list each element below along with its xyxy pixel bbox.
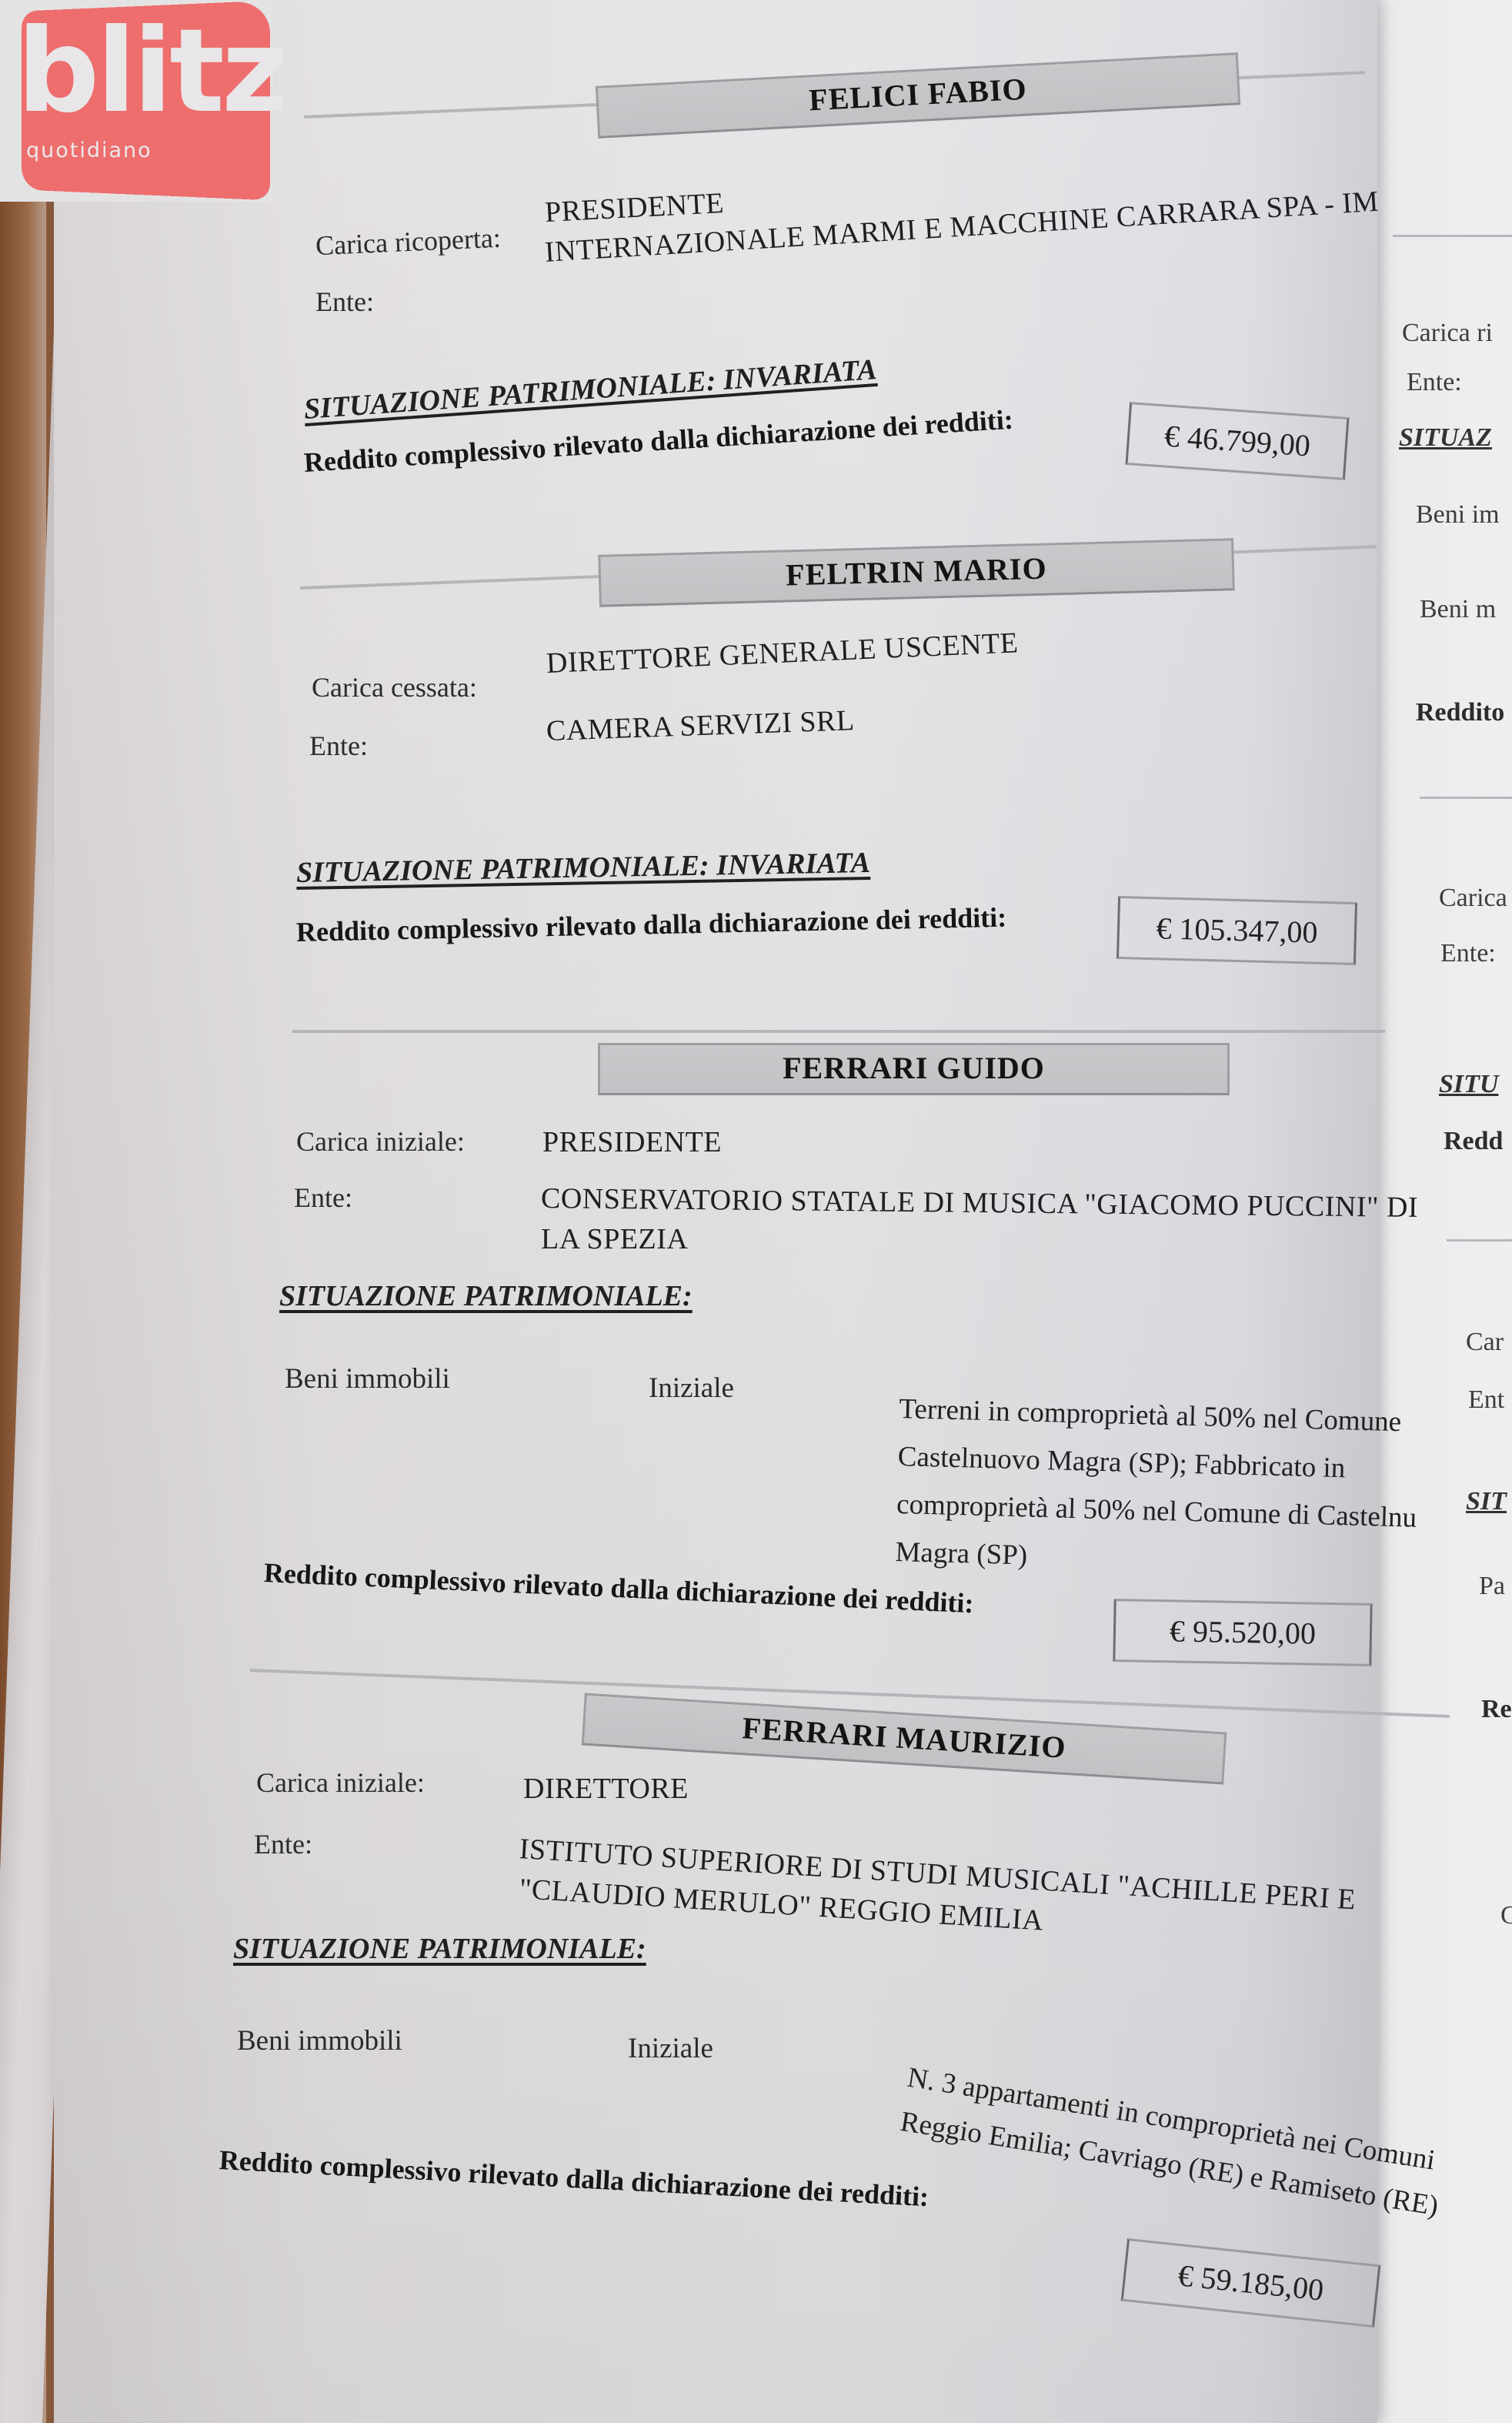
next-page-fragment: Beni m [1420,595,1496,624]
patrimonial-status-heading: SITUAZIONE PATRIMONIALE: [279,1279,693,1313]
asset-category: Beni immobili [237,2024,402,2057]
role-value: DIRETTORE [523,1772,689,1806]
next-page-fragment: SITUAZ [1399,423,1492,453]
next-page-fragment: SITU [1439,1070,1498,1099]
next-page-fragment: Beni im [1416,500,1500,530]
role-label: Carica iniziale: [256,1766,425,1799]
next-page-divider [1393,235,1512,237]
ente-label: Ente: [309,730,368,762]
blitz-quotidiano-logo: blitz quotidiano [0,0,273,202]
income-amount: € 95.520,00 [1113,1599,1372,1666]
asset-status: Iniziale [649,1372,734,1405]
next-page-divider [1420,797,1512,799]
next-page-fragment: Pa [1479,1572,1505,1601]
next-page-fragment: Re [1481,1695,1512,1724]
asset-status: Iniziale [628,2032,713,2065]
asset-category: Beni immobili [285,1362,450,1395]
ente-label: Ente: [254,1828,312,1860]
next-page-fragment: Redd [1444,1127,1503,1156]
person-name-header: FERRARI GUIDO [598,1043,1230,1095]
next-page-fragment: Carica [1439,884,1507,913]
next-page-fragment: Ent [1468,1385,1504,1415]
patrimonial-status-heading: SITUAZIONE PATRIMONIALE: [233,1932,646,1966]
ente-label: Ente: [294,1181,352,1214]
next-page-fragment: C [1500,1901,1512,1930]
ente-label: Ente: [315,286,374,318]
asset-description: Terreni in comproprietà al 50% nel Comun… [895,1385,1438,1590]
next-page-fragment: SIT [1466,1487,1507,1516]
section-divider [292,1030,1385,1033]
next-page-fragment: Carica ri [1402,319,1493,348]
ente-value-line2: LA SPEZIA [541,1222,688,1256]
next-page-divider [1447,1239,1512,1242]
next-page-fragment: Car [1466,1328,1504,1357]
next-page-fragment: Ente: [1440,939,1496,968]
logo-tagline: quotidiano [26,139,152,162]
logo-wordmark: blitz [17,14,285,129]
next-page-fragment: Reddito [1416,698,1504,727]
role-label: Carica iniziale: [296,1125,465,1158]
role-value: PRESIDENTE [542,1125,722,1159]
role-label: Carica cessata: [312,671,477,704]
next-page-fragment: Ente: [1407,368,1462,397]
income-amount: € 105.347,00 [1116,896,1357,965]
